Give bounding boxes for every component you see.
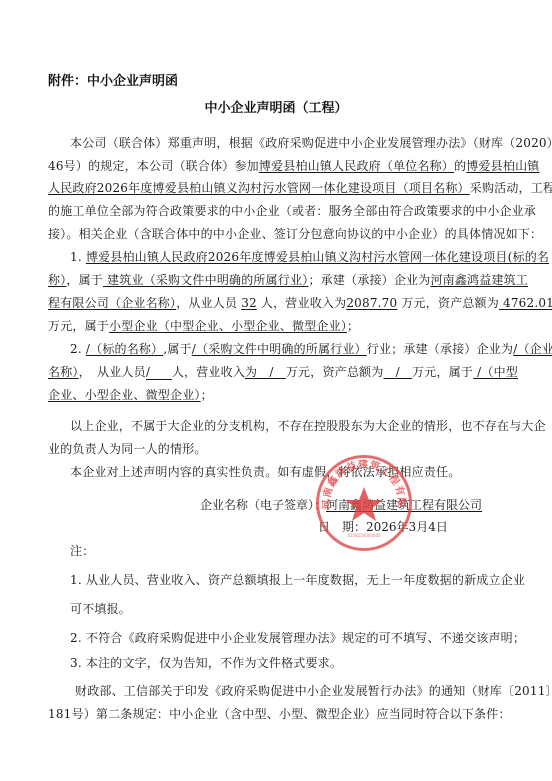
total-assets-value: 4762.01 xyxy=(499,296,552,310)
text: ； xyxy=(201,388,213,402)
company-name: 河南鑫鸿益建筑工程有限公司 xyxy=(326,498,482,512)
industry-blank: /（采购文件中明确的所属行业） xyxy=(192,342,367,356)
text: ,属于 xyxy=(163,342,191,356)
size-blank: /（中型 xyxy=(473,365,518,379)
document-title: 中小企业声明函（工程） xyxy=(0,97,552,116)
text: ，属于 xyxy=(66,273,103,287)
employee-count: 32 xyxy=(241,296,257,310)
text: 万元，属于 xyxy=(48,319,109,333)
date-value: 2026年3月4日 xyxy=(366,520,448,534)
assets-blank: / xyxy=(383,365,412,379)
item2-line-1: 2. /（标的名称）,属于/（采购文件中明确的所属行业）行业；承建（承接）企业为… xyxy=(70,341,508,357)
declaration-line-1: 本公司（联合体）郑重声明，根据《政府采购促进中小企业发展管理办法》（财库（202… xyxy=(70,135,508,151)
item2-line-2: 名称）， 从业人员 / 人，营业收入为 / 万元，资产总额为 / 万元，属于 /… xyxy=(48,364,508,380)
text: 人，营业收入为 xyxy=(257,296,346,310)
document-page: 附件：中小企业声明函 中小企业声明函（工程） 本公司（联合体）郑重声明，根据《政… xyxy=(0,0,552,781)
responsibility-statement: 本企业对上述声明内容的真实性负责。如有虚假，将依法承担相应责任。 xyxy=(70,464,508,480)
bid-target-name: 博爱县柏山镇人民政府2026年度博爱县柏山镇义沟村污水管网一体化建设项目(标的名 xyxy=(86,250,549,264)
date-line: 日 期：2026年3月4日 xyxy=(318,519,448,535)
date-label: 日 期： xyxy=(318,520,366,534)
industry: 建筑业（采购文件中明确的所属行业） xyxy=(103,273,308,287)
contractor-blank-end: 名称） xyxy=(48,365,79,379)
text: ；承建（承接）企业为 xyxy=(308,273,430,287)
note-1-line-2: 可不填报。 xyxy=(70,601,508,617)
company-name-label: 企业名称（电子签章）： xyxy=(200,498,326,512)
item2-line-3: 企业、小型企业、微型企业）； xyxy=(48,387,508,403)
contractor-blank: /（企业 xyxy=(513,342,552,356)
item-number: 1. xyxy=(70,250,86,264)
note-2: 2. 不符合《政府采购促进中小企业发展管理办法》规定的可不填写、不递交该声明； xyxy=(70,630,462,646)
notes-label: 注： xyxy=(70,543,530,559)
item1-line-3: 程有限公司（企业名称），从业人员 32 人，营业收入为2087.70 万元，资产… xyxy=(48,295,508,311)
text: ，从业人员 xyxy=(176,296,241,310)
revenue-blank: 为 / xyxy=(245,365,286,379)
declaration-line-5: 接）。相关企业（含联合体中的中小企业、签订分包意向协议的中小企业）的具体情况如下… xyxy=(48,226,508,242)
text: ； xyxy=(347,319,359,333)
bid-target-name-end: 称） xyxy=(48,273,66,287)
employee-blank: / xyxy=(146,365,172,380)
contractor-name-part-2: 程有限公司（企业名称） xyxy=(48,296,176,310)
contractor-name-part-1: 河南鑫鸿益建筑工 xyxy=(430,273,528,287)
statement-line-2: 业的负责人为同一人的情形。 xyxy=(48,441,508,457)
item1-line-2: 称），属于 建筑业（采购文件中明确的所属行业）；承建（承接）企业为河南鑫鸿益建筑… xyxy=(48,272,508,288)
text: 万元，资产总额为 xyxy=(397,296,499,310)
text: ， 从业人员 xyxy=(79,365,146,379)
note-3: 3. 本注的文字，仅为告知，不作为文件格式要求。 xyxy=(70,655,508,671)
enterprise-size: 小型企业（中型企业、小型企业、微型企业） xyxy=(109,319,347,333)
size-blank-end: 企业、小型企业、微型企业） xyxy=(48,388,201,402)
text: 行业；承建（承接）企业为 xyxy=(367,342,513,356)
item1-line-4: 万元，属于小型企业（中型企业、小型企业、微型企业）； xyxy=(48,318,508,334)
item-number: 2. xyxy=(70,342,86,356)
declaration-line-4: 的施工单位全部为符合政策要求的中小企业（或者：服务全部由符合政策要求的中小企业承 xyxy=(48,203,508,219)
text: 万元，属于 xyxy=(412,365,473,379)
attachment-label: 附件：中小企业声明函 xyxy=(48,70,178,89)
revenue-value: 2087.70 xyxy=(346,296,397,310)
declaration-line-3: 人民政府2026年度博爱县柏山镇义沟村污水管网一体化建设项目（项目名称）采购活动… xyxy=(48,180,508,196)
statement-line-1: 以上企业，不属于大企业的分支机构，不存在控股股东为大企业的情形，也不存在与大企 xyxy=(70,418,508,434)
reference-line-1: 财政部、工信部关于印发《政府采购促进中小企业发展暂行办法》的通知（财库〔2011… xyxy=(75,683,505,699)
text: 的 xyxy=(454,159,466,173)
bid-target-blank: /（标的名称） xyxy=(86,342,163,356)
text: 46号）的规定，本公司（联合体）参加 xyxy=(48,159,259,173)
project-name-part-1: 博爱县柏山镇 xyxy=(466,159,539,173)
project-name-part-2: 人民政府2026年度博爱县柏山镇义沟村污水管网一体化建设项目（项目名称） xyxy=(48,181,470,195)
text: 采购活动，工程 xyxy=(470,181,552,195)
reference-line-2: 181号）第二条规定：中小企业（含中型、小型、微型企业）应当同时符合以下条件： xyxy=(48,706,508,722)
note-1-line-1: 1. 从业人员、营业收入、资产总额填报上一年度数据，无上一年度数据的新成立企业 xyxy=(70,572,462,588)
text: 人，营业收入 xyxy=(172,365,245,379)
text: 万元，资产总额为 xyxy=(286,365,384,379)
declaration-line-2: 46号）的规定，本公司（联合体）参加博爱县柏山镇人民政府（单位名称）的博爱县柏山… xyxy=(48,158,508,174)
signature-line: 企业名称（电子签章）：河南鑫鸿益建筑工程有限公司 xyxy=(200,497,482,513)
purchaser-name: 博爱县柏山镇人民政府（单位名称） xyxy=(259,159,454,173)
item1-line-1: 1. 博爱县柏山镇人民政府2026年度博爱县柏山镇义沟村污水管网一体化建设项目(… xyxy=(70,249,508,265)
